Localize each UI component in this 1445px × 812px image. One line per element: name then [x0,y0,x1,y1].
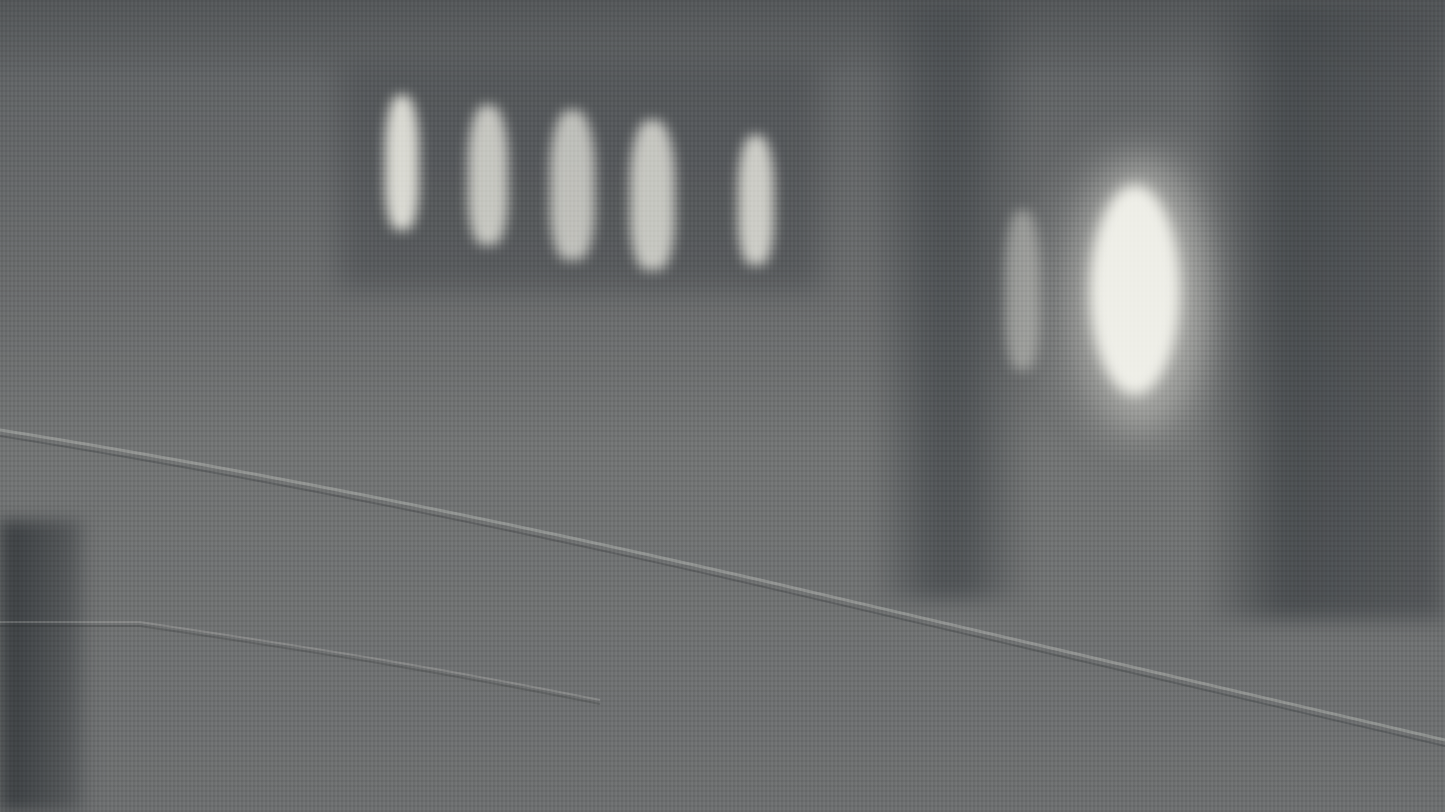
paper-creases [0,0,1445,812]
charcoal-drawing: Charcoal drawing on textured paper of a … [0,0,1445,812]
